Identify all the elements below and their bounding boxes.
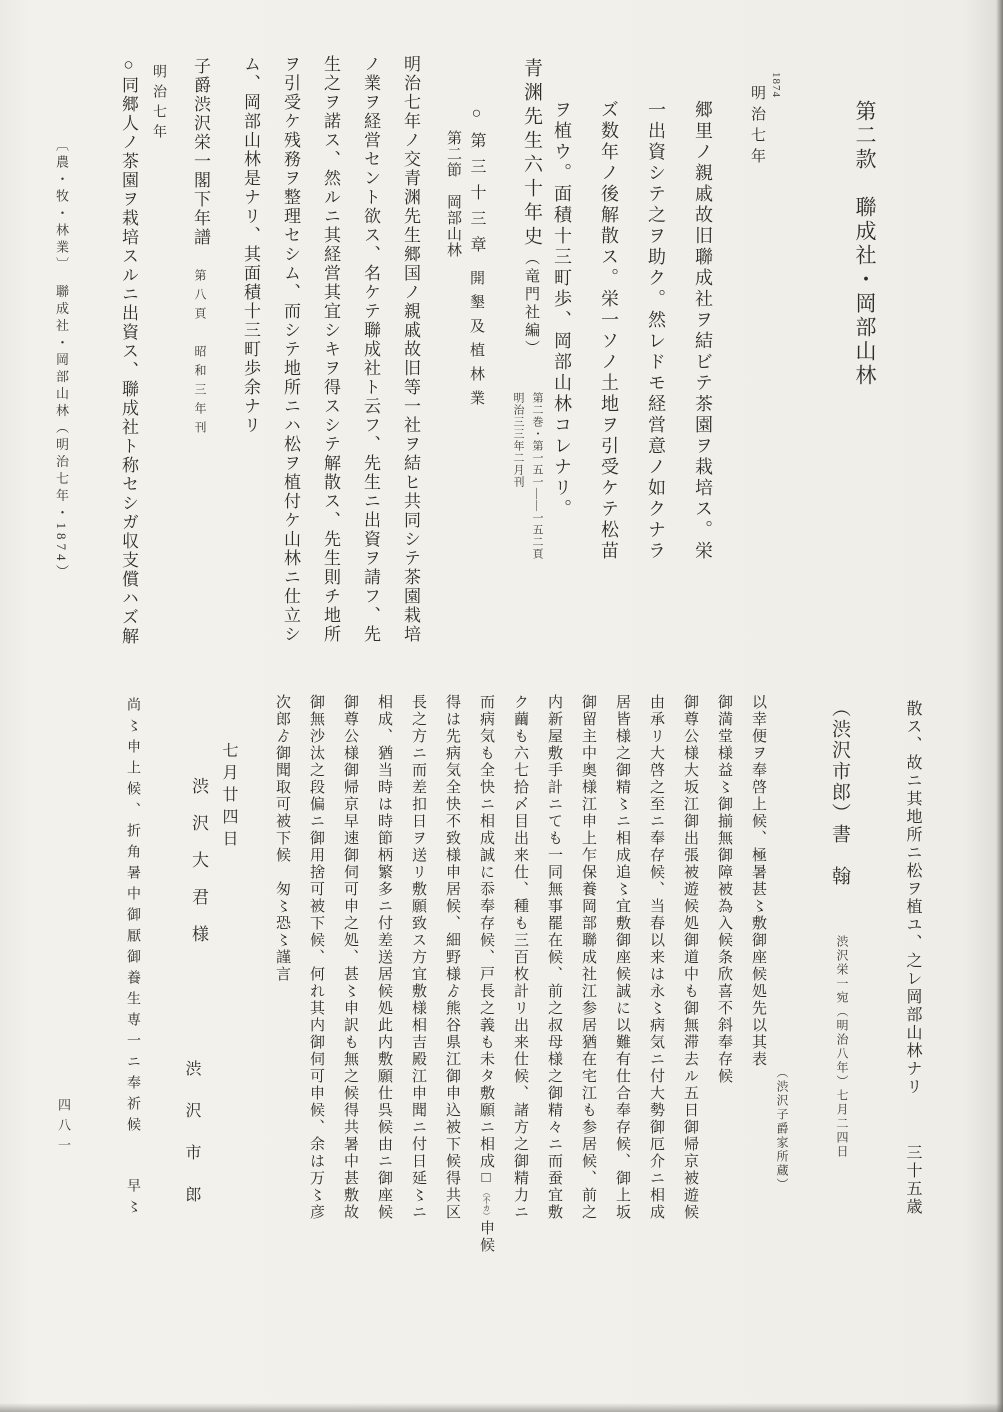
letter-line: 内新屋敷手計ニても一同無事罷在候、前之叔母様之御精々ニ而蚕宜敷 xyxy=(544,694,565,1254)
age-note: 三十五歳 xyxy=(904,1144,921,1216)
summary-line: ズ数年ノ後解散ス。栄一ソノ土地ヲ引受ケテ松苗 xyxy=(596,100,622,562)
source1-body-line: ヲ引受ケ残務ヲ整理セシム、而シテ地所ニハ松ヲ植付ケ山林ニ仕立シ xyxy=(278,55,303,644)
summary-line: ヲ植ウ。面積十三町歩、岡部山林コレナリ。 xyxy=(549,100,575,562)
letter-line: 相成、猶当時は時節柄繁多ニ付差送居候処此内敷願仕呉候由ニ御座候 xyxy=(374,694,395,1254)
year-era: 明治七年 xyxy=(747,72,768,169)
scan-edge-right xyxy=(996,0,1003,1412)
letter-line: 次郎ゟ御聞取可被下候 匆〻恐〻謹言 xyxy=(272,694,293,1254)
letter-date: 七月廿四日 xyxy=(217,742,240,852)
source2-title-main: 子爵渋沢栄一閣下年譜 xyxy=(191,57,210,247)
running-header: 〔農・牧・林業〕 聯成社・岡部山林（明治七年・1874） xyxy=(52,138,71,582)
source1-reference: 第二巻・第一五一——一五二頁 明治三三年二月刊 xyxy=(507,392,545,560)
letter-line: 而病気も全快ニ相成誠に忝奉存候、戸長之義も未タ敷願ニ相成□（不カ）申候 xyxy=(476,694,497,1254)
letter-line: 得は先病気全快不致様申居候、細野様ゟ熊谷県江御申込被下候得共区 xyxy=(442,694,463,1254)
letter-line: 御留主中奥様江申上乍保養岡部聯成社江参居猶在宅江も参居候、前之 xyxy=(578,694,599,1254)
letter-line: 以幸便ヲ奉啓上候、極暑甚〻敷御座候処先以其表 xyxy=(748,694,769,1254)
source2-reference: 第八頁 昭和三年刊 xyxy=(193,269,207,440)
source3-addressee-date: 渋沢栄一宛（明治八年）七月二四日 xyxy=(834,935,851,1159)
entry-summary-paragraph: 郷里ノ親戚故旧聯成社ヲ結ビテ茶園ヲ栽培ス。栄 一出資シテ之ヲ助ク。然レドモ経営意… xyxy=(528,100,716,562)
summary-line: 一出資シテ之ヲ助ク。然レドモ経営意ノ如クナラ xyxy=(643,100,669,562)
year-western: 1874 xyxy=(770,72,782,169)
chapter-heading: ○第三十三章開墾及植林業 xyxy=(465,105,488,414)
source2-continuation: 散ス、故ニ其地所ニ松ヲ植ユ、之レ岡部山林ナリ三十五歳 xyxy=(901,700,924,1216)
source3-collection-note: （渋沢子爵家所蔵） xyxy=(774,1066,791,1192)
source2-year: 明治七年 xyxy=(148,64,168,144)
letter-line: 御満堂様益〻御揃無御障被為入候条欣喜不斜奉存候 xyxy=(714,694,735,1254)
letter-recipient: 渋沢大君様 xyxy=(186,777,211,962)
source1-ref-date: 明治三三年二月刊 xyxy=(510,392,526,560)
entry-title: 第二款 聯成社・岡部山林 xyxy=(850,100,880,388)
source1-body-line: 生之ヲ諾ス、然ルニ其経営其宜シキヲ得スシテ解散ス、先生則チ地所 xyxy=(318,55,343,644)
letter-line: 御尊公様大坂江御出張被遊候処御道中も御無滞去ル五日御帰京被遊候 xyxy=(680,694,701,1254)
source1-body-paragraph: 明治七年ノ交青渊先生郷国ノ親戚故旧等一社ヲ結ヒ共同シテ茶園栽培 ノ業ヲ経営セント… xyxy=(223,55,423,644)
page-number: 四八一 xyxy=(54,1098,73,1158)
source1-body-line: ム、岡部山林是ナリ、其面積十三町歩余ナリ xyxy=(238,55,263,644)
summary-line: 郷里ノ親戚故旧聯成社ヲ結ビテ茶園ヲ栽培ス。栄 xyxy=(690,100,716,562)
letter-body: 以幸便ヲ奉啓上候、極暑甚〻敷御座候処先以其表 御満堂様益〻御揃無御障被為入候条欣… xyxy=(259,694,769,1254)
spacer xyxy=(476,262,477,270)
source1-title-note: （竜門社編） xyxy=(523,250,539,358)
letter-line: 御尊公様御帰京早速御伺可申之処、甚〻申訳も無之候得共暑中甚敷故 xyxy=(340,694,361,1254)
section-heading: 第二節 岡部山林 xyxy=(443,130,464,258)
postscript-closing: 早〻 xyxy=(125,1178,140,1220)
source2-body-line: ○同郷人ノ茶園ヲ栽培スルニ出資ス、聯成社ト称セシガ収支償ハズ解 xyxy=(116,55,141,646)
letter-postscript: 尚〻申上候、折角暑中御厭御養生専一ニ奉祈候早〻 xyxy=(122,697,142,1220)
letter-line: 由承リ大啓之至ニ奉存候、当春以来は永〻病気ニ付大勢御厄介ニ相成 xyxy=(646,694,667,1254)
letter-line: 長之方ニ而差扣日ヲ送リ敷願致ス方宜敷様相吉殿江申聞ニ付日延〻ニ xyxy=(408,694,429,1254)
spacer xyxy=(200,247,201,269)
chapter-number: ○第三十三章 xyxy=(468,105,485,262)
source1-ref-pages: 第二巻・第一五一——一五二頁 xyxy=(529,392,545,560)
source3-title: （渋沢市郎）書 翰 xyxy=(826,698,853,887)
letter-line: ク繭も六七拾〆目出来仕、種も三百枚計リ出来仕候、諸方之御精力ニ xyxy=(510,694,531,1254)
letter-line: 御無沙汰之段偏ニ御用捨可被下候、何れ其内御伺可申候、余は万〻彦 xyxy=(306,694,327,1254)
entry-year: 1874 明治七年 xyxy=(747,72,782,169)
letter-line: 居皆様之御精〻ニ相成追〻宜敷御座候誠に以難有仕合奉存候、御上坂 xyxy=(612,694,633,1254)
chapter-title: 開墾及植林業 xyxy=(468,270,484,414)
source2-title: 子爵渋沢栄一閣下年譜第八頁 昭和三年刊 xyxy=(188,57,213,440)
spacer xyxy=(912,1096,913,1144)
source1-title: 青渊先生六十年史（竜門社編） xyxy=(518,58,545,358)
scan-edge-bottom xyxy=(0,1403,1003,1412)
source1-body-line: ノ業ヲ経営セント欲ス、名ケテ聯成社ト云フ、先生ニ出資ヲ請フ、先 xyxy=(358,55,383,644)
spacer xyxy=(132,1138,133,1178)
editor-note: （不カ） xyxy=(482,1188,491,1220)
scanned-document-page: 第二款 聯成社・岡部山林 1874 明治七年 郷里ノ親戚故旧聯成社ヲ結ビテ茶園ヲ… xyxy=(0,0,1003,1412)
source1-title-main: 青渊先生六十年史 xyxy=(521,58,542,250)
letter-sender: 渋沢市郎 xyxy=(180,1060,203,1228)
source1-body-line: 明治七年ノ交青渊先生郷国ノ親戚故旧等一社ヲ結ヒ共同シテ茶園栽培 xyxy=(398,55,423,644)
source2-body-line: 散ス、故ニ其地所ニ松ヲ植ユ、之レ岡部山林ナリ xyxy=(904,700,921,1096)
